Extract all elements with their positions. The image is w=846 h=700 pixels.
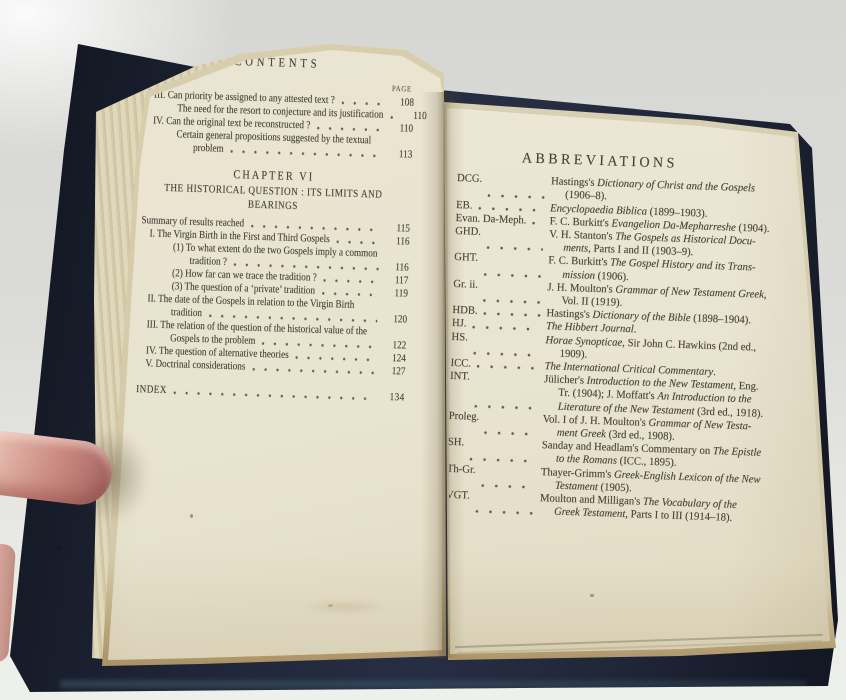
dot-leader [336,240,379,244]
dot-leader [486,246,543,251]
roman-text: (3rd ed., 1908). [606,428,675,442]
contents-rows-front: III. Can priority be assigned to any att… [137,88,414,162]
dot-leader [483,273,542,278]
dot-leader [295,356,376,362]
roman-text: (1899–1903). [647,205,708,219]
abbreviation-term-text: DCG. [456,172,486,199]
abbreviation-term: DCG. [456,172,551,202]
roman-text: (ICC., 1895). [617,455,677,469]
abbreviation-term-text: EB. [456,199,477,213]
index-row: INDEX134 [129,383,405,405]
roman-text: . [633,324,636,336]
italic-text: Testament [555,479,598,492]
cover-sheen [60,680,806,688]
page-number: 115 [384,222,410,236]
roman-text: F. C. Burkitt's [549,215,611,229]
roman-text: Vol. II (1919). [561,295,622,309]
page-stain [300,600,390,614]
abbreviation-term-text: VGT. [445,489,474,516]
roman-text: (1906–8). [565,189,607,202]
abbreviation-term: Gr. ii. [453,278,548,308]
abbreviations-page-text: ABBREVIATIONS DCG.Hastings's Dictionary … [445,150,792,527]
contents-page-text: x CONTENTS PAGE III. Can priority be ass… [129,50,415,404]
roman-text: Hastings's [551,175,597,189]
page-speck [590,594,594,597]
roman-text: , Eng. [733,380,759,393]
dot-leader [341,101,384,105]
abbreviation-term: HS. [451,331,546,361]
page-number: 116 [384,235,410,249]
italic-text: ments [563,242,588,255]
roman-text: , Parts I to III (1914–18). [625,508,732,524]
dot-leader [487,194,544,199]
dot-leader [481,484,535,489]
abbreviation-term-text: HJ. [452,317,471,331]
dot-leader [483,312,540,317]
page-number: 117 [383,274,409,288]
page-number: 134 [379,391,405,405]
abbreviation-term-text: SH. [447,436,468,463]
page-number: 120 [381,313,407,327]
abbreviation-term-text: INT. [449,370,474,410]
roman-text: (1904). [736,222,770,235]
page-number: 110 [401,109,427,123]
roman-text: (1906). [595,269,629,282]
roman-text: J. H. Moulton's [547,281,615,295]
abbreviation-term-text: HS. [451,331,472,358]
page-number: 119 [382,287,408,301]
dot-leader [317,127,383,132]
page-number: 108 [388,96,414,110]
italic-text: mission [562,268,595,281]
abbreviation-term-text: Proleg. [448,410,483,438]
abbreviation-term-text: GHT. [454,251,483,278]
page-number: 110 [387,122,413,136]
italic-text: ment Greek [557,427,606,441]
italic-text: Horae Synopticae [545,334,622,349]
dot-leader [323,279,378,284]
dot-leader [473,352,539,357]
abbreviation-term: INT. [449,370,544,413]
abbreviation-term: Th-Gr. [446,462,541,492]
abbreviation-term-text: HDB. [452,304,482,318]
dot-leader [532,222,544,225]
contents-rows-chapter: Summary of results reached115I. The Virg… [130,214,410,379]
dot-leader [474,405,537,410]
abbreviation-term: VGT. [445,489,540,519]
toc-entry-text: INDEX [136,383,167,397]
photo-of-open-book: x CONTENTS PAGE III. Can priority be ass… [0,0,846,700]
dot-leader [475,510,534,515]
roman-text: 1909). [559,348,587,361]
roman-text: (1898–1904). [690,312,751,326]
dot-leader [469,457,535,462]
abbreviation-term-text: Th-Gr. [446,462,480,490]
page-speck [328,604,333,607]
toc-entry-text: tradition ? [189,255,227,269]
toc-entry-text: problem [193,142,224,156]
roman-text: Hastings's [546,307,592,321]
page-speck [190,514,193,518]
dot-leader [173,391,374,400]
dot-leader [390,116,397,119]
abbreviation-term: GHT. [454,251,549,281]
dot-leader [230,150,382,158]
page-number: 113 [387,148,413,162]
page-number: 116 [383,261,409,275]
dot-leader [478,207,544,212]
dot-leader [477,365,539,370]
roman-text: , [764,289,767,301]
table-row: INDEX134 [129,383,405,405]
dot-leader [483,299,541,304]
italic-text: Greek Testament [554,506,626,520]
roman-text: . [713,366,716,378]
abbreviation-term: GHD. [454,225,549,255]
roman-text: (1905). [598,481,632,494]
abbreviation-term-text: Gr. ii. [453,278,482,305]
dot-leader [472,325,540,330]
abbreviation-term: SH. [447,436,542,466]
roman-text: Thayer-Grimm's [541,466,615,481]
roman-text: (3rd ed., 1918). [694,405,763,419]
chapter-title: THE HISTORICAL QUESTION : ITS LIMITS AND… [135,181,411,217]
abbreviations-list: DCG.Hastings's Dictionary of Christ and … [445,172,791,527]
roman-text: F. C. Burkitt's [548,255,610,269]
page-number: 122 [381,339,407,353]
page-number: 127 [380,365,406,379]
page-speck [57,546,61,551]
roman-text: Jülicher's [544,373,587,386]
dot-leader [252,368,376,375]
italic-text: The Epistle [713,445,762,459]
toc-entry-text: tradition [171,306,202,320]
dot-leader [484,431,536,436]
page-number: 124 [380,352,406,366]
abbreviation-term: Proleg. [448,410,543,440]
toc-entry-text: V. Doctrinal considerations [145,357,245,373]
roman-text: V. H. Stanton's [549,228,615,242]
dot-leader [322,292,378,297]
italic-text: to the Romans [556,453,617,467]
abbreviations-heading: ABBREVIATIONS [432,149,767,174]
toc-line: INDEX134 [129,383,405,405]
abbreviation-term-text: ICC. [450,357,475,371]
abbreviation-term-text: GHD. [454,225,485,252]
